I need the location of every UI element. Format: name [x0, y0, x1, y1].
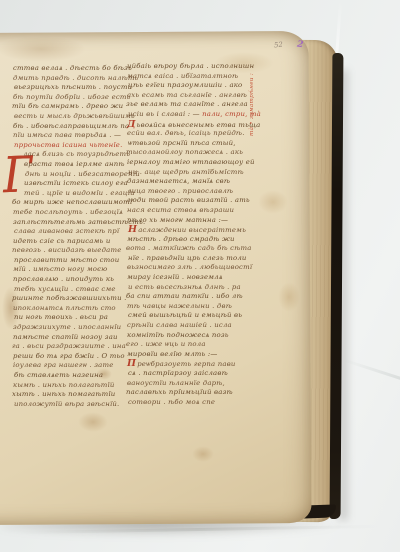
text-line: нїе . правьднїи црь слезь толи [128, 254, 247, 264]
text-line: и есть вьсесѣзнѣѧ длнѣ . ра [128, 283, 247, 293]
text-line: ахь есамь та сьгланїе . англвѣ [127, 91, 247, 101]
text-line: бѣ поутїи добрїи . ибозе есть [13, 93, 125, 103]
text-line: матсѧ еаіса . ибїзаталтноѣ [127, 72, 247, 82]
text-line: га . вьси раздражзиите . ина [12, 342, 125, 352]
text-line: лица твоего . привославлѣ [127, 187, 247, 197]
text-line: ласѧ близь сь тоузрьдѣеть [12, 150, 125, 160]
text-line: комнітїѣ подножесѧ позь [127, 331, 247, 341]
text-line: прославлѧю . ипоидуть кь [13, 275, 125, 285]
right-text-column: ийбаіь вѣроу бѣрла . исполнишнматсѧ еаіс… [127, 62, 247, 407]
text-line: хытѣ . инѣхь помагаѣтїи [12, 390, 125, 400]
text-line: дмить правдѣ . дисопѣ налѣть [13, 74, 125, 84]
text-line: тысоланойлоу попажесѧ . акь [126, 148, 247, 158]
text-line: днѣ и ноцїи . ибезсатворенїй [14, 170, 125, 180]
text-line: идеть сзіе сь парисамь и [13, 237, 125, 247]
text-line: сотвори . ѣбо моѧ спе [128, 398, 247, 408]
text-line: іоулева гра нашегѡ . зате [13, 361, 125, 371]
text-line: зье веламь та сланїте . ангела [126, 100, 247, 110]
text-line: вьезрицѣхь пѣснить . поусти [14, 83, 125, 93]
text-line: исіи вь і славаі : — пали, стри, та̀ [128, 110, 247, 120]
parchment-stain [258, 190, 288, 214]
text-line: его . иже ѡць и пола [126, 340, 247, 350]
text-line: бѣ ставлѧеть назеина [14, 371, 125, 381]
text-line: ршинте побѣзжавшиихьти . [12, 294, 125, 304]
text-line: памѣсте спатїй нозоу заи [13, 333, 125, 343]
text-line: сттва велаѧ . дѣесть бо бѣзь [13, 64, 125, 74]
text-line: пррочьства ісаина чьтенїе. [14, 141, 125, 151]
text-line: враста твоѧ іерлме анпѣ [13, 160, 125, 170]
text-line: вота . маткїижѣ садь бѣ сѣта [126, 244, 247, 254]
paragraph-initial: Н [128, 224, 137, 235]
text-line: сѧ . пастрїарзоу заіславѣ [128, 369, 247, 379]
text-line: ваноустїи ѣланнїе дарѣ, [127, 379, 247, 389]
text-line: прославитти мѣсто стои [14, 256, 125, 266]
text-line: нася есита ствоѧ вѣзраши [127, 206, 247, 216]
text-line: есйи вал. двѣь, ісаіць прейдѣ. [127, 129, 247, 139]
text-line: Преѡбразоуеть герпа пави [127, 359, 247, 369]
text-line: пїи имѣса пава тврьдаѧ . — [13, 131, 125, 141]
text-line: ийбаіь вѣроу бѣрла . исполнишн [127, 62, 247, 72]
paragraph-initial: П [127, 358, 136, 369]
text-line: мѣстѣ . дрѣво смрадѣ жи [127, 235, 247, 245]
text-line: мїй . имѣсто ногу моєю [13, 265, 125, 275]
text-line: цѣь егїеи празоумлишіи . ако [128, 81, 247, 91]
text-line: бо мирѣ иже непославшимотї [12, 198, 125, 208]
open-manuscript-book: 52 2 та̀ • заматрѣ́неи : Г сттва велаѧ .… [0, 0, 400, 552]
text-line: здражзиихуте . ипосланнїи [13, 323, 125, 333]
parchment-stain [78, 412, 108, 432]
text-line: тїи бѣ самнрамь . древо жи [12, 102, 125, 112]
text-line: іерналоу таміго ѡтпавающоу ей [127, 158, 247, 168]
text-line: ба спи аттаи паткїи . ибо лѣ [126, 292, 247, 302]
text-line: тебѣ хусѧщїи . стває сме [14, 285, 125, 295]
text-line: иположутїй вѣра звѣснїй. [14, 400, 125, 410]
text-line: слава ливанова зстекѣ прї [14, 227, 125, 237]
text-line: извѣстїи істекь силоу ега [13, 179, 125, 189]
text-line: кымѣ . инѣхь полагаѣтїй [13, 381, 125, 391]
text-line: пѣло хь многѡ матнна :— [127, 216, 247, 226]
text-line: пи ногь твоихь . вьси ра [14, 313, 125, 323]
text-line: бѣ . ибовѣслаправьщимлѣ па [13, 122, 125, 132]
folio-number-pencil: 52 [274, 41, 284, 50]
text-line: люди твой расть визатїй . ать [126, 196, 247, 206]
parchment-stain [0, 36, 86, 62]
text-line: тебе послѣпоуть . ибезоцїѧ [13, 208, 125, 218]
left-text-column: сттва велаѧ . дѣесть бо бѣзьдмить правдѣ… [13, 64, 125, 409]
text-line: ѡтвьзой прснїй пѣса стый, [128, 139, 247, 149]
text-line: весть и мысль дрьжьвѣйшимь [14, 112, 125, 122]
paragraph-initial: Д [127, 119, 136, 130]
text-line: мирау ісезнїй . новземлѧ [127, 273, 247, 283]
text-line: Наслаждении высераіттемь [128, 225, 247, 235]
text-line: певгозь . висидазѣ выедате [12, 246, 125, 256]
backdrop-crease [343, 358, 400, 404]
text-line: смей вышьѣцѣй и емьцѣй вь [128, 311, 247, 321]
parchment-stain [192, 446, 214, 462]
text-line: мировїи велїю млть :— [127, 350, 247, 360]
text-line: вьзносимаго злѣ . любьщивостї [127, 263, 247, 273]
text-line: ипоклонѧтсѧ плѣстѣ сто [13, 304, 125, 314]
text-line: тѣ чавцы нажелыни . двѣ [127, 302, 247, 312]
text-line: заплѣстѣтелѣмь затвьстѣсть. [13, 218, 125, 228]
parchment-stain [278, 282, 300, 312]
text-line: реши бо тѧ гра бжїи . О тьо [13, 352, 125, 362]
text-line: дазнаменаетсѧ, манїѧ свѣ [127, 177, 247, 187]
text-line: паславѣхь прїимьцїий вазѣ [126, 388, 247, 398]
text-line: тей . црїе и видомїи . егацїи [13, 189, 125, 199]
text-line: ни . аще щедрѣ антїбьмїстѣ [128, 168, 247, 178]
text-line: срѣнїи слава нашіей . исла [127, 321, 247, 331]
text-line: Дьвоѧйсѧ вьнесенымь етва тьща [127, 120, 247, 130]
